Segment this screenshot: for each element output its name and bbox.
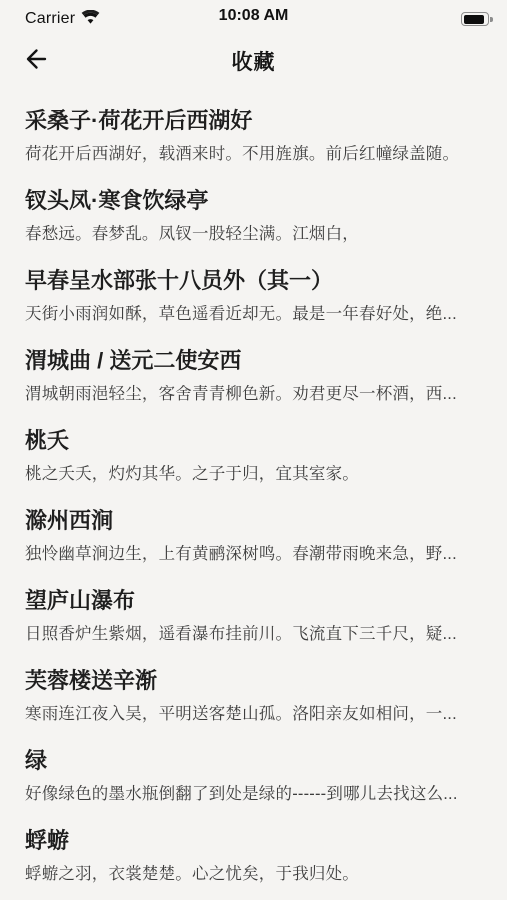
poem-preview: 蜉蝣之羽，衣裳楚楚。心之忧矣，于我归处。	[25, 864, 482, 885]
poem-title: 桃夭	[25, 427, 482, 454]
nav-bar: 收藏	[0, 32, 507, 90]
poem-preview: 日照香炉生紫烟，遥看瀑布挂前川。飞流直下三千尺，疑...	[25, 624, 482, 645]
poem-title: 滁州西涧	[25, 507, 482, 534]
poem-list-item[interactable]: 望庐山瀑布 日照香炉生紫烟，遥看瀑布挂前川。飞流直下三千尺，疑...	[0, 572, 507, 652]
poem-preview: 春愁远。春梦乱。凤钗一股轻尘满。江烟白，	[25, 224, 482, 245]
back-arrow-icon	[23, 46, 49, 75]
poem-title: 钗头凤·寒食饮绿亭	[25, 187, 482, 214]
poem-title: 绿	[25, 747, 482, 774]
poem-preview: 渭城朝雨浥轻尘，客舍青青柳色新。劝君更尽一杯酒，西...	[25, 384, 482, 405]
poem-title: 渭城曲 / 送元二使安西	[25, 347, 482, 374]
poem-title: 采桑子·荷花开后西湖好	[25, 107, 482, 134]
poem-list-item[interactable]: 芙蓉楼送辛渐 寒雨连江夜入吴，平明送客楚山孤。洛阳亲友如相问，一...	[0, 652, 507, 732]
poem-preview: 天街小雨润如酥，草色遥看近却无。最是一年春好处，绝...	[25, 304, 482, 325]
poem-list-item[interactable]: 早春呈水部张十八员外（其一） 天街小雨润如酥，草色遥看近却无。最是一年春好处，绝…	[0, 252, 507, 332]
poem-preview: 桃之夭夭，灼灼其华。之子于归，宜其室家。	[25, 464, 482, 485]
status-bar: Carrier 10:08 AM	[0, 0, 507, 32]
poem-list: 采桑子·荷花开后西湖好 荷花开后西湖好，载酒来时。不用旌旗。前后红幢绿盖随。 钗…	[0, 90, 507, 892]
back-button[interactable]	[14, 38, 58, 82]
poem-title: 蜉蝣	[25, 827, 482, 854]
poem-title: 望庐山瀑布	[25, 587, 482, 614]
status-time: 10:08 AM	[0, 7, 507, 25]
poem-preview: 荷花开后西湖好，载酒来时。不用旌旗。前后红幢绿盖随。	[25, 144, 482, 165]
poem-preview: 寒雨连江夜入吴，平明送客楚山孤。洛阳亲友如相问，一...	[25, 704, 482, 725]
poem-list-item[interactable]: 绿 好像绿色的墨水瓶倒翻了到处是绿的------到哪儿去找这么...	[0, 732, 507, 812]
poem-title: 早春呈水部张十八员外（其一）	[25, 267, 482, 294]
poem-list-item[interactable]: 蜉蝣 蜉蝣之羽，衣裳楚楚。心之忧矣，于我归处。	[0, 812, 507, 892]
poem-preview: 独怜幽草涧边生，上有黄鹂深树鸣。春潮带雨晚来急，野...	[25, 544, 482, 565]
poem-preview: 好像绿色的墨水瓶倒翻了到处是绿的------到哪儿去找这么...	[25, 784, 482, 805]
poem-list-item[interactable]: 滁州西涧 独怜幽草涧边生，上有黄鹂深树鸣。春潮带雨晚来急，野...	[0, 492, 507, 572]
page-title: 收藏	[0, 46, 507, 76]
battery-icon	[461, 12, 489, 26]
poem-list-item[interactable]: 桃夭 桃之夭夭，灼灼其华。之子于归，宜其室家。	[0, 412, 507, 492]
poem-list-item[interactable]: 采桑子·荷花开后西湖好 荷花开后西湖好，载酒来时。不用旌旗。前后红幢绿盖随。	[0, 92, 507, 172]
battery-nub	[490, 17, 493, 22]
poem-list-item[interactable]: 渭城曲 / 送元二使安西 渭城朝雨浥轻尘，客舍青青柳色新。劝君更尽一杯酒，西..…	[0, 332, 507, 412]
battery-fill	[464, 15, 484, 24]
poem-title: 芙蓉楼送辛渐	[25, 667, 482, 694]
poem-list-item[interactable]: 钗头凤·寒食饮绿亭 春愁远。春梦乱。凤钗一股轻尘满。江烟白，	[0, 172, 507, 252]
